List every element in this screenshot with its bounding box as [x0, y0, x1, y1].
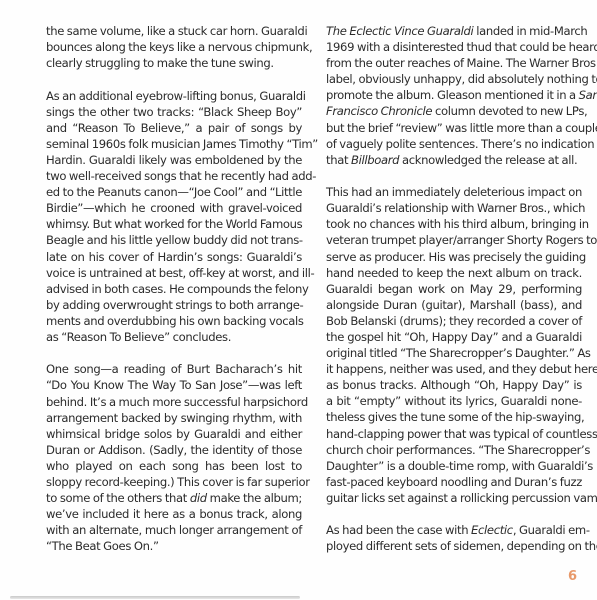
text-line: Bob Belanski (drums); they recorded a co… — [326, 313, 582, 329]
text-line: original titled “The Sharecropper’s Daug… — [326, 345, 582, 361]
album-title: Eclectic — [471, 523, 513, 537]
text-run: make the album; — [207, 491, 302, 505]
text-run: , Guaraldi em- — [513, 523, 590, 537]
publication-title: Billboard — [351, 153, 399, 167]
text-line: church choir performances. “The Sharecro… — [326, 442, 582, 458]
text-line: 1969 with a disinterested thud that coul… — [326, 39, 582, 55]
text-line: behind. It’s a much more successful harp… — [46, 394, 302, 410]
text-line: alongside Duran (guitar), Marshall (bass… — [326, 297, 582, 313]
text-line: As an additional eyebrow-lifting bonus, … — [46, 88, 302, 104]
text-line: hand needed to keep the next album on tr… — [326, 265, 582, 281]
text-line: advised in both cases. He compounds the … — [46, 281, 302, 297]
text-line: the gospel hit “Oh, Happy Day” and a Gua… — [326, 329, 582, 345]
text-line: of vaguely polite sentences. There’s no … — [326, 136, 582, 152]
text-line: “The Beat Goes On.” — [46, 538, 302, 554]
text-line: sloppy record-keeping.) This cover is fa… — [46, 474, 302, 490]
text-line: clearly struggling to make the tune swin… — [46, 55, 302, 71]
text-line: Hardin. Guaraldi likely was emboldened b… — [46, 152, 302, 168]
text-line: it happens, neither was used, and they d… — [326, 361, 582, 377]
text-run: acknowledged the release at all. — [399, 153, 577, 167]
text-line: The Eclectic Vince Guaraldi landed in mi… — [326, 23, 582, 39]
text-run: that — [326, 153, 351, 167]
paragraph-sidemen: As had been the case with Eclectic, Guar… — [326, 522, 582, 554]
text-line: fast-paced keyboard noodling and Duran’s… — [326, 474, 582, 490]
text-line: “Do You Know The Way To San Jose”—was le… — [46, 377, 302, 393]
text-line: This had an immediately deleterious impa… — [326, 184, 582, 200]
paragraph-stuck-car-horn: the same volume, like a stuck car horn. … — [46, 23, 302, 71]
text-line: arrangement backed by swinging rhythm, w… — [46, 410, 302, 426]
text-line: voice is untrained at best, off-key at w… — [46, 265, 302, 281]
page-edge-shadow — [10, 596, 300, 599]
text-line: ments and overdubbing his own backing vo… — [46, 313, 302, 329]
text-line: seminal 1960s folk musician James Timoth… — [46, 136, 302, 152]
text-line: ployed different sets of sidemen, depend… — [326, 538, 582, 554]
text-line: two well-received songs that he recently… — [46, 168, 302, 184]
text-line: Francisco Chronicle column devoted to ne… — [326, 103, 582, 119]
text-line: as bonus tracks. Although “Oh, Happy Day… — [326, 377, 582, 393]
text-line: a bit “empty” without its lyrics, Guaral… — [326, 393, 582, 409]
text-line: from the outer reaches of Maine. The War… — [326, 55, 582, 71]
publication-title: San — [579, 88, 597, 102]
text-line: guitar licks set against a rollicking pe… — [326, 490, 582, 506]
right-column: The Eclectic Vince Guaraldi landed in mi… — [326, 23, 582, 555]
text-line: ed to the Peanuts canon—“Joe Cool” and “… — [46, 184, 302, 200]
text-run: landed in mid-March — [473, 24, 587, 38]
text-line: As had been the case with Eclectic, Guar… — [326, 522, 582, 538]
text-line: but the brief “review” was little more t… — [326, 120, 582, 136]
text-line: bounces along the keys like a nervous ch… — [46, 39, 302, 55]
text-line: veteran trumpet player/arranger Shorty R… — [326, 232, 582, 248]
text-line: Daughter” is a double-time romp, with Gu… — [326, 458, 582, 474]
text-line: One song—a reading of Burt Bacharach’s h… — [46, 361, 302, 377]
text-line: sings the other two tracks: “Black Sheep… — [46, 104, 302, 120]
text-run: column devoted to new LPs, — [432, 104, 587, 118]
text-line: Guaraldi began work on May 29, performin… — [326, 281, 582, 297]
paragraph-san-jose-cover: One song—a reading of Burt Bacharach’s h… — [46, 361, 302, 554]
paragraph-eyebrow-lifting-bonus: As an additional eyebrow-lifting bonus, … — [46, 88, 302, 346]
album-title: The Eclectic Vince Guaraldi — [326, 24, 473, 38]
paragraph-eclectic-release: The Eclectic Vince Guaraldi landed in mi… — [326, 23, 582, 168]
text-line: hand-clapping power that was typical of … — [326, 426, 582, 442]
text-line: that Billboard acknowledged the release … — [326, 152, 582, 168]
text-run: As had been the case with — [326, 523, 471, 537]
publication-title: Francisco Chronicle — [326, 104, 432, 118]
text-line: Beagle and his little yellow buddy did n… — [46, 232, 302, 248]
text-line: Guaraldi’s relationship with Warner Bros… — [326, 200, 582, 216]
paragraph-third-album: This had an immediately deleterious impa… — [326, 184, 582, 506]
text-line: serve as producer. His was precisely the… — [326, 249, 582, 265]
text-line: label, obviously unhappy, did absolutely… — [326, 71, 582, 87]
page-number: 6 — [568, 569, 577, 584]
text-line: Birdie”—which he crooned with gravel-voi… — [46, 200, 302, 216]
text-line: by adding overwrought strings to both ar… — [46, 297, 302, 313]
text-line: whimsical bridge solos by Guaraldi and e… — [46, 426, 302, 442]
text-line: took no chances with his third album, br… — [326, 216, 582, 232]
text-run: promote the album. Gleason mentioned it … — [326, 88, 579, 102]
text-run: to some of the others that — [46, 491, 190, 505]
text-line: Duran or Addison. (Sadly, the identity o… — [46, 442, 302, 458]
text-line: and “Reason To Believe,” a pair of songs… — [46, 120, 302, 136]
text-line: whimsy. But what worked for the World Fa… — [46, 216, 302, 232]
emphasis-did: did — [190, 491, 207, 505]
text-line: the same volume, like a stuck car horn. … — [46, 23, 302, 39]
left-column: the same volume, like a stuck car horn. … — [46, 23, 302, 555]
text-line: to some of the others that did make the … — [46, 490, 302, 506]
text-line: promote the album. Gleason mentioned it … — [326, 87, 582, 103]
text-line: who played on each song has been lost to — [46, 458, 302, 474]
booklet-page: the same volume, like a stuck car horn. … — [0, 0, 597, 600]
text-line: late on his cover of Hardin’s songs: Gua… — [46, 249, 302, 265]
text-line: as “Reason To Believe” concludes. — [46, 329, 302, 345]
text-line: with an alternate, much longer arrangeme… — [46, 522, 302, 538]
text-line: we’ve included it here as a bonus track,… — [46, 506, 302, 522]
text-line: theless gives the tune some of the hip-s… — [326, 409, 582, 425]
